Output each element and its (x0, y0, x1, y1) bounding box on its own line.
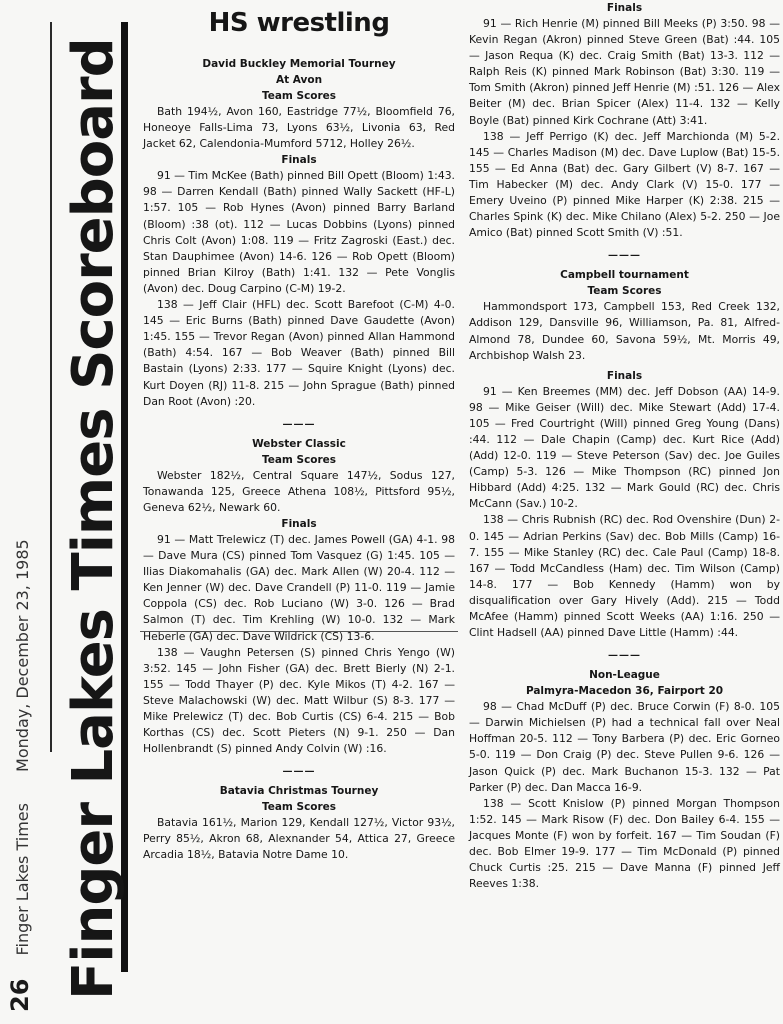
section-separator: ——— (143, 418, 455, 432)
column-left: HS wrestling David Buckley Memorial Tour… (143, 0, 455, 864)
section-title: Webster Classic (143, 436, 455, 452)
thin-vertical-rule (50, 22, 52, 752)
finals-label: Finals (469, 368, 780, 384)
section-separator: ——— (143, 765, 455, 779)
team-scores-label: Team Scores (143, 799, 455, 815)
matchup-score: Palmyra-Macedon 36, Fairport 20 (469, 683, 780, 699)
headline: HS wrestling (143, 8, 455, 38)
finals-label: Finals (143, 152, 455, 168)
section-webster: Webster Classic Team Scores Webster 182½… (143, 436, 455, 758)
finals-paragraph: 91 — Tim McKee (Bath) pinned Bill Opett … (143, 168, 455, 297)
team-scores: Webster 182½, Central Square 147½, Sodus… (143, 468, 455, 516)
finals-paragraph: 98 — Chad McDuff (P) dec. Bruce Corwin (… (469, 699, 780, 796)
section-title: David Buckley Memorial Tourney (143, 56, 455, 72)
section-batavia-finals: Finals 91 — Rich Henrie (M) pinned Bill … (469, 0, 780, 241)
page-folio: 26 Finger Lakes Times Monday, December 2… (8, 539, 35, 1012)
finals-paragraph: 138 — Scott Knislow (P) pinned Morgan Th… (469, 796, 780, 893)
finals-paragraph: 138 — Chris Rubnish (RC) dec. Rod Ovensh… (469, 512, 780, 641)
section-title: Batavia Christmas Tourney (143, 783, 455, 799)
section-non-league: Non-League Palmyra-Macedon 36, Fairport … (469, 667, 780, 892)
team-scores-label: Team Scores (143, 88, 455, 104)
column-right: Finals 91 — Rich Henrie (M) pinned Bill … (469, 0, 780, 892)
team-scores: Bath 194½, Avon 160, Eastridge 77½, Bloo… (143, 104, 455, 152)
finals-paragraph: 91 — Matt Trelewicz (T) dec. James Powel… (143, 532, 455, 645)
page-number: 26 (6, 979, 34, 1012)
finals-paragraph: 91 — Ken Breemes (MM) dec. Jeff Dobson (… (469, 384, 780, 513)
fold-line (140, 631, 458, 632)
section-location: At Avon (143, 72, 455, 88)
finals-label: Finals (469, 0, 780, 16)
finals-paragraph: 138 — Jeff Clair (HFL) dec. Scott Barefo… (143, 297, 455, 410)
section-batavia: Batavia Christmas Tourney Team Scores Ba… (143, 783, 455, 863)
paper-name: Finger Lakes Times (13, 803, 32, 955)
team-scores-label: Team Scores (469, 283, 780, 299)
issue-date: Monday, December 23, 1985 (13, 539, 32, 772)
section-campbell: Campbell tournament Team Scores Hammonds… (469, 267, 780, 641)
finals-paragraph: 91 — Rich Henrie (M) pinned Bill Meeks (… (469, 16, 780, 129)
section-separator: ——— (469, 649, 780, 663)
newspaper-page: 26 Finger Lakes Times Monday, December 2… (0, 0, 783, 1024)
finals-label: Finals (143, 516, 455, 532)
finals-paragraph: 138 — Vaughn Petersen (S) pinned Chris Y… (143, 645, 455, 758)
section-title: Campbell tournament (469, 267, 780, 283)
section-separator: ——— (469, 249, 780, 263)
section-title: Non-League (469, 667, 780, 683)
team-scores: Batavia 161½, Marion 129, Kendall 127½, … (143, 815, 455, 863)
section-buckley: David Buckley Memorial Tourney At Avon T… (143, 56, 455, 410)
team-scores: Hammondsport 173, Campbell 153, Red Cree… (469, 299, 780, 363)
team-scores-label: Team Scores (143, 452, 455, 468)
section-title: Finger Lakes Times Scoreboard (66, 38, 122, 1000)
finals-paragraph: 138 — Jeff Perrigo (K) dec. Jeff Marchio… (469, 129, 780, 242)
